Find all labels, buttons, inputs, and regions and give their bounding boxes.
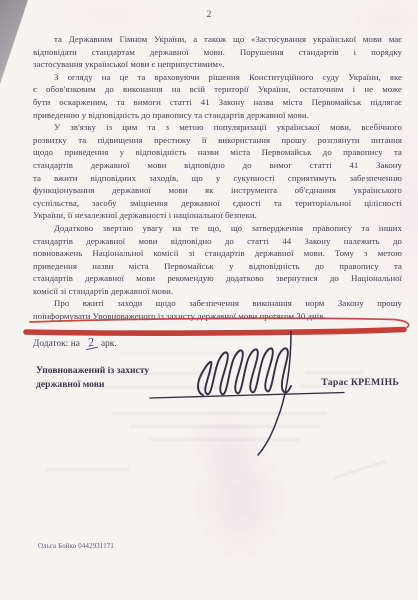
paragraph-rename-request: У зв'язку із цим та з метою популяризаці… xyxy=(33,121,402,222)
text-line: функціонування державної мови як інструм… xyxy=(33,184,402,197)
text-line: комісії зі стандартів державної мови. xyxy=(33,285,402,298)
handwritten-sheet-count: 2 xyxy=(84,336,98,350)
bleed-through-artifact xyxy=(305,371,365,374)
text-line: відповідати стандартам державної мови. П… xyxy=(33,46,402,59)
signer-title-line1: Уповноважений із захисту xyxy=(36,364,149,378)
text-line: поінформувати Уповноваженого із захисту … xyxy=(33,310,402,323)
page-number: 2 xyxy=(0,10,418,20)
signer-title-line2: державної мови xyxy=(36,378,149,392)
text-line: Додатково звертаю увагу на те що, що зат… xyxy=(33,222,402,235)
text-line: України, її незалежної державності і нац… xyxy=(33,209,402,222)
text-line: приведенню у відповідність до правопису … xyxy=(33,109,402,122)
bleed-through-artifact xyxy=(130,425,320,428)
signer-title: Уповноважений із захисту державної мови xyxy=(36,364,149,391)
text-line: З огляду на це та враховуючи рішення Кон… xyxy=(33,71,402,84)
bleed-through-artifact xyxy=(45,468,130,471)
bleed-through-artifact xyxy=(120,352,250,355)
text-line: розвитку та підвищення престижу її викор… xyxy=(33,134,402,147)
text-line: стандартів державної мови рекомендую дод… xyxy=(33,272,402,285)
text-line: щодо приведення у відповідність назви мі… xyxy=(33,146,402,159)
text-line: У зв'язку із цим та з метою популяризаці… xyxy=(33,121,402,134)
text-line: Про вжиті заходи щодо забезпечення викон… xyxy=(33,297,402,310)
scanned-letter-page: 2 та Державним Гімном України, а також щ… xyxy=(0,0,418,600)
attachment-note: Додаток: на2арк. xyxy=(33,337,402,351)
paragraph-deadline: Про вжиті заходи щодо забезпечення викон… xyxy=(33,297,402,322)
text-line: повноважень Національної комісії зі стан… xyxy=(33,247,402,260)
bleed-through-artifact xyxy=(112,412,327,415)
paragraph-national-commission: Додатково звертаю увагу на те що, що зат… xyxy=(33,222,402,298)
text-line: є обов'язковим до виконання на всій тери… xyxy=(33,83,402,96)
text-line: приведення назви міста Первомайськ у від… xyxy=(33,260,402,273)
signer-name: Тарас КРЕМІНЬ xyxy=(321,377,399,388)
text-line: та вжити відповідних заходів, що у сукуп… xyxy=(33,172,402,185)
paragraph-anthem-standards: та Державним Гімном України, а також що … xyxy=(33,33,402,71)
letter-body: та Державним Гімном України, а також що … xyxy=(33,33,402,350)
attachment-unit: арк. xyxy=(101,339,117,349)
text-line: застосування української мови є неприпус… xyxy=(33,58,402,71)
footer-contact: Ольга Бойко 0442931171 xyxy=(38,543,114,550)
text-line: та Державним Гімном України, а також що … xyxy=(33,33,402,46)
text-line: суспільства, засобу зміцнення державної … xyxy=(33,197,402,210)
bleed-through-artifact xyxy=(150,438,300,441)
attachment-label: Додаток: на xyxy=(33,339,80,349)
text-line: бути оскарженим, та вимоги статті 41 Зак… xyxy=(33,96,402,109)
bleed-through-artifact xyxy=(333,459,387,479)
text-line: стандартів державної мови відповідно до … xyxy=(33,235,402,248)
paragraph-court-decision: З огляду на це та враховуючи рішення Кон… xyxy=(33,71,402,121)
text-line: стандартів державної мови відповідно до … xyxy=(33,159,402,172)
